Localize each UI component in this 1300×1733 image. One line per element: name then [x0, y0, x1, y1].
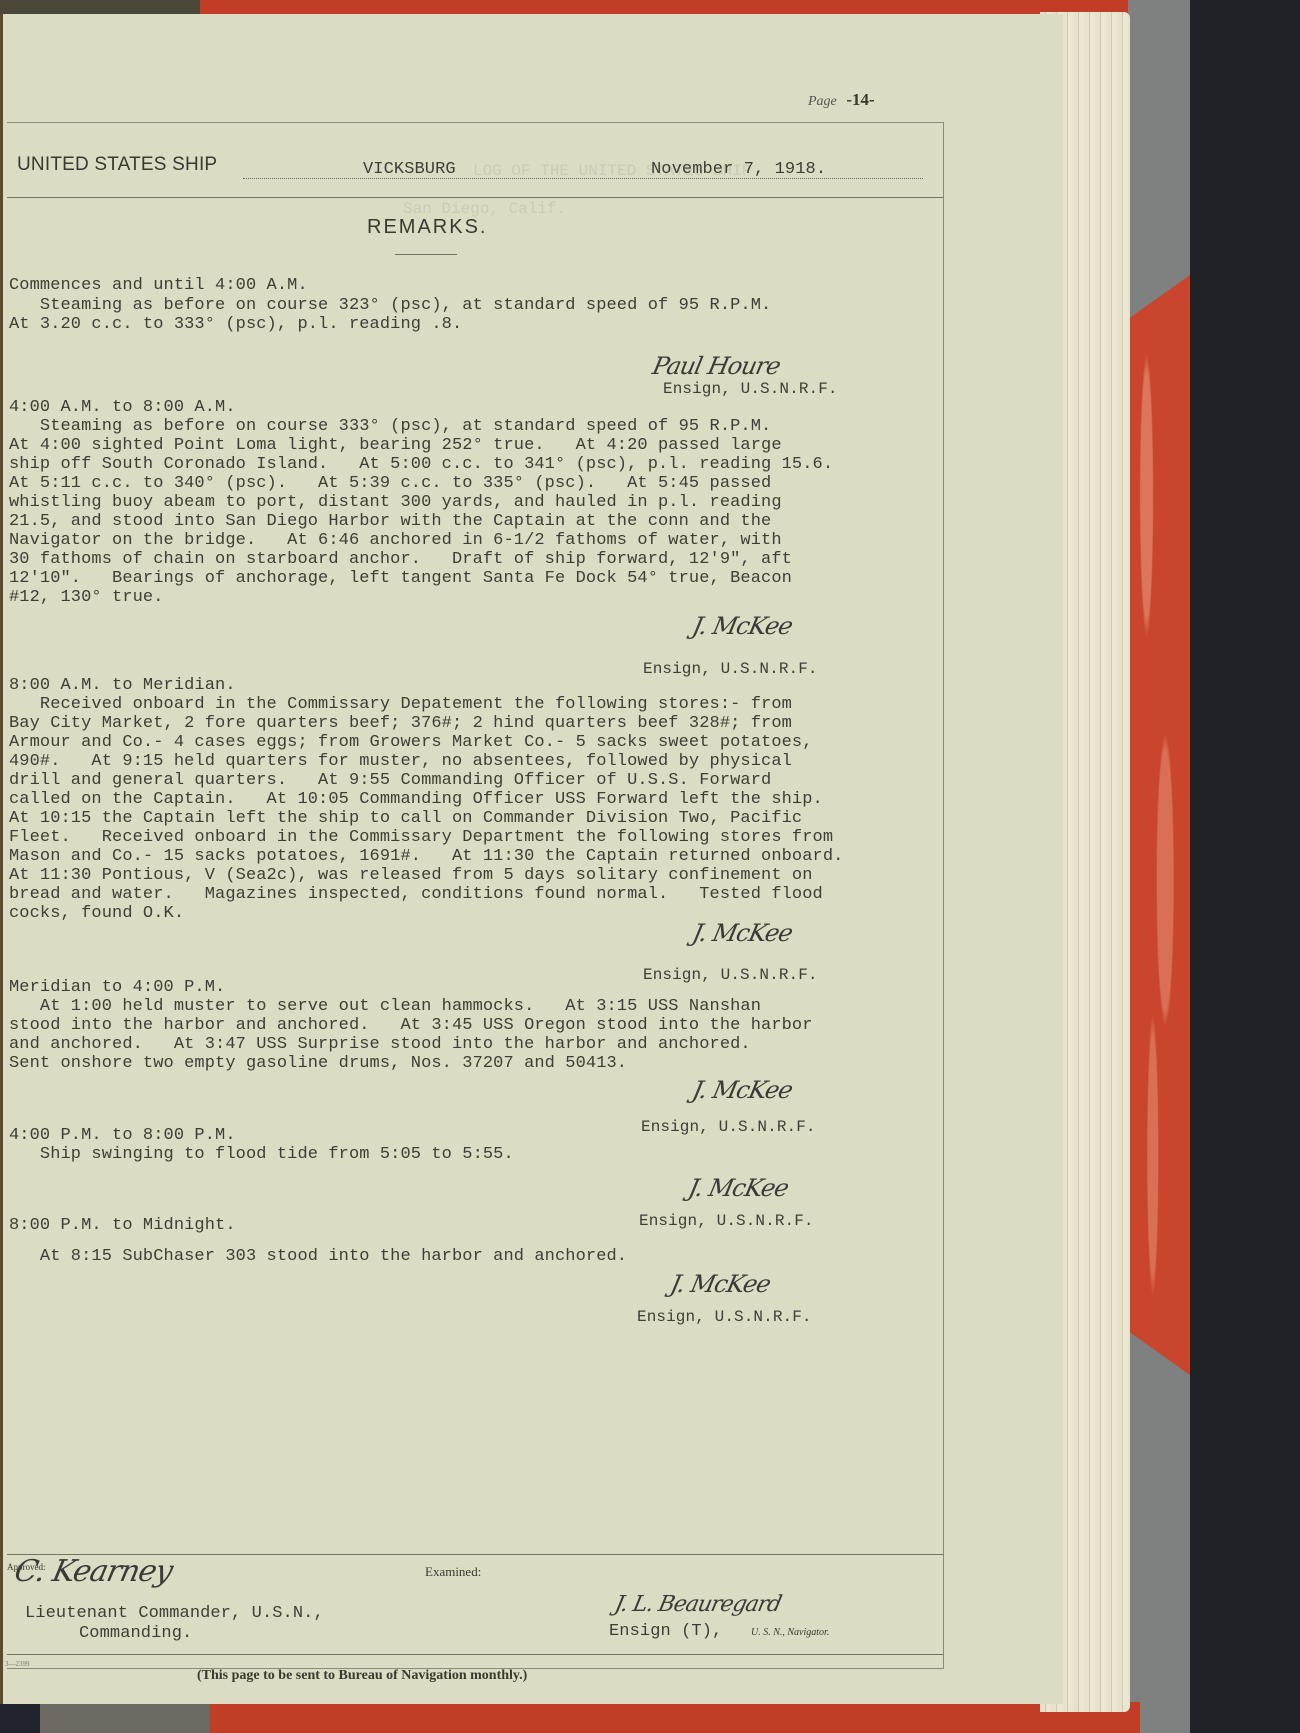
book-cover-bottom-edge — [0, 1702, 1140, 1733]
officer-signature: J. McKee — [690, 612, 795, 640]
watch-heading: Commences and until 4:00 A.M. — [9, 276, 308, 295]
footer-note: (This page to be sent to Bureau of Navig… — [197, 1668, 527, 1684]
officer-signature: J. McKee — [690, 1076, 795, 1104]
watch-line: Steaming as before on course 323° (psc),… — [9, 296, 771, 315]
watch-line: whistling buoy abeam to port, distant 30… — [9, 493, 782, 512]
watch-line: Steaming as before on course 333° (psc),… — [9, 417, 771, 436]
form-number: 3—2399 — [5, 1660, 30, 1668]
watch-line: drill and general quarters. At 9:55 Comm… — [9, 771, 771, 790]
commanding-title-line2: Commanding. — [79, 1624, 192, 1643]
watch-line: At 11:30 Pontious, V (Sea2c), was releas… — [9, 866, 813, 885]
watch-line: Fleet. Received onboard in the Commissar… — [9, 828, 833, 847]
officer-title: Ensign, U.S.N.R.F. — [663, 380, 838, 399]
header-rule — [7, 197, 943, 198]
officer-title: Ensign, U.S.N.R.F. — [641, 1118, 816, 1137]
watch-line: ship off South Coronado Island. At 5:00 … — [9, 455, 833, 474]
watch-line: At 4:00 sighted Point Loma light, bearin… — [9, 436, 782, 455]
watch-line: At 1:00 held muster to serve out clean h… — [9, 997, 761, 1016]
navigator-title: Ensign (T), — [609, 1622, 722, 1641]
watch-line: Bay City Market, 2 fore quarters beef; 3… — [9, 714, 792, 733]
officer-signature: J. McKee — [690, 919, 795, 947]
page-number-label: Page — [808, 94, 837, 109]
bleed-through-text: LOG OF THE UNITED STATES SHIP — [473, 162, 751, 180]
watch-heading: 8:00 P.M. to Midnight. — [9, 1216, 236, 1235]
commanding-signature: C. Kearney — [11, 1554, 175, 1589]
ship-label: UNITED STATES SHIP — [17, 154, 217, 176]
watch-line: At 8:15 SubChaser 303 stood into the har… — [9, 1247, 627, 1266]
log-page: Page -14- UNITED STATES SHIP VICKSBURG N… — [0, 14, 1063, 1704]
navigator-suffix: U. S. N., Navigator. — [751, 1627, 829, 1638]
watch-line: and anchored. At 3:47 USS Surprise stood… — [9, 1035, 751, 1054]
officer-title: Ensign, U.S.N.R.F. — [643, 966, 818, 985]
officer-signature: J. McKee — [686, 1174, 791, 1202]
watch-line: Armour and Co.- 4 cases eggs; from Growe… — [9, 733, 813, 752]
watch-line: 490#. At 9:15 held quarters for muster, … — [9, 752, 792, 771]
watch-line: 12'10". Bearings of anchorage, left tang… — [9, 569, 792, 588]
bleed-through-text: San Diego, Calif. — [403, 200, 566, 218]
footer-rule-bottom — [7, 1654, 943, 1655]
ship-name: VICKSBURG — [363, 160, 456, 179]
navigator-signature: J. L. Beauregard — [612, 1592, 783, 1617]
watch-line: cocks, found O.K. — [9, 904, 184, 923]
remarks-title: REMARKS. — [367, 216, 487, 239]
page-number: -14- — [846, 90, 874, 109]
watch-line: #12, 130° true. — [9, 588, 164, 607]
watch-line: 30 fathoms of chain on starboard anchor.… — [9, 550, 792, 569]
examined-label: Examined: — [425, 1564, 481, 1580]
watch-line: Sent onshore two empty gasoline drums, N… — [9, 1054, 627, 1073]
officer-title: Ensign, U.S.N.R.F. — [643, 660, 818, 679]
watch-heading: 4:00 P.M. to 8:00 P.M. — [9, 1126, 236, 1145]
remarks-underline — [395, 254, 457, 255]
watch-line: At 5:11 c.c. to 340° (psc). At 5:39 c.c.… — [9, 474, 771, 493]
officer-signature: J. McKee — [668, 1270, 773, 1298]
watch-line: 21.5, and stood into San Diego Harbor wi… — [9, 512, 771, 531]
watch-heading: Meridian to 4:00 P.M. — [9, 978, 225, 997]
officer-signature: Paul Houre — [650, 352, 783, 380]
watch-line: Received onboard in the Commissary Depat… — [9, 695, 792, 714]
commanding-title-line1: Lieutenant Commander, U.S.N., — [25, 1604, 324, 1623]
book-cover-marbled-paper — [1128, 275, 1190, 1375]
watch-line: Navigator on the bridge. At 6:46 anchore… — [9, 531, 782, 550]
officer-title: Ensign, U.S.N.R.F. — [639, 1212, 814, 1231]
watch-heading: 8:00 A.M. to Meridian. — [9, 676, 236, 695]
watch-line: stood into the harbor and anchored. At 3… — [9, 1016, 813, 1035]
watch-heading: 4:00 A.M. to 8:00 A.M. — [9, 398, 236, 417]
officer-title: Ensign, U.S.N.R.F. — [637, 1308, 812, 1327]
watch-line: At 3.20 c.c. to 333° (psc), p.l. reading… — [9, 315, 462, 334]
watch-line: At 10:15 the Captain left the ship to ca… — [9, 809, 802, 828]
watch-line: Mason and Co.- 15 sacks potatoes, 1691#.… — [9, 847, 843, 866]
watch-line: bread and water. Magazines inspected, co… — [9, 885, 823, 904]
watch-line: called on the Captain. At 10:05 Commandi… — [9, 790, 823, 809]
page-number-block: Page -14- — [808, 90, 875, 110]
watch-line: Ship swinging to flood tide from 5:05 to… — [9, 1145, 514, 1164]
